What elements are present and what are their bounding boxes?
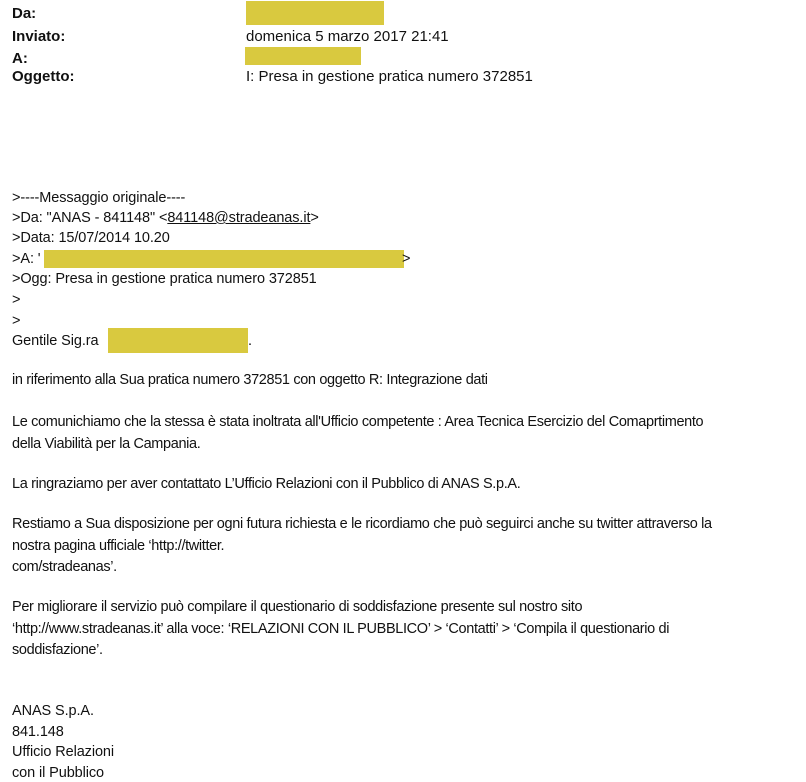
signature-office-cont: con il Pubblico	[12, 765, 104, 781]
paragraph-twitter-line-1: Restiamo a Sua disposizione per ogni fut…	[12, 516, 712, 532]
subject-label: Oggetto:	[12, 68, 74, 85]
quoted-blank-1: >	[12, 292, 20, 308]
paragraph-reference: in riferimento alla Sua pratica numero 3…	[12, 372, 488, 388]
quoted-to-prefix: >A: '	[12, 251, 40, 267]
redacted-recipient-name	[108, 328, 248, 353]
quoted-to-suffix: >	[402, 251, 410, 267]
paragraph-survey-line-2: ‘http://www.stradeanas.it’ alla voce: ‘R…	[12, 621, 669, 637]
signature-number: 841.148	[12, 724, 64, 740]
redacted-quoted-recipient	[44, 250, 404, 268]
quoted-blank-2: >	[12, 313, 20, 329]
signature-company: ANAS S.p.A.	[12, 703, 94, 719]
greeting-end: .	[248, 333, 252, 349]
to-label: A:	[12, 50, 28, 67]
quoted-from-suffix: >	[310, 210, 318, 226]
paragraph-forward-line-1: Le comunichiamo che la stessa è stata in…	[12, 414, 703, 430]
paragraph-thanks: La ringraziamo per aver contattato L’Uff…	[12, 476, 520, 492]
sender-email-link[interactable]: 841148@stradeanas.it	[167, 210, 310, 226]
quoted-separator: >----Messaggio originale----	[12, 190, 185, 206]
paragraph-twitter-line-2: nostra pagina ufficiale ‘http://twitter.	[12, 538, 224, 554]
quoted-to: >A: '	[12, 251, 40, 267]
signature-office: Ufficio Relazioni	[12, 744, 114, 760]
quoted-from-prefix: >Da: "ANAS - 841148" <	[12, 210, 167, 226]
paragraph-survey-line-3: soddisfazione’.	[12, 642, 103, 658]
sent-label: Inviato:	[12, 28, 65, 45]
from-label: Da:	[12, 5, 36, 22]
redacted-sender	[246, 1, 384, 25]
paragraph-forward-line-2: della Viabilità per la Campania.	[12, 436, 200, 452]
paragraph-twitter-line-3: com/stradeanas’.	[12, 559, 117, 575]
greeting: Gentile Sig.ra	[12, 333, 98, 349]
redacted-recipient	[245, 47, 361, 65]
sent-date: domenica 5 marzo 2017 21:41	[246, 28, 449, 45]
paragraph-survey-line-1: Per migliorare il servizio può compilare…	[12, 599, 582, 615]
quoted-from: >Da: "ANAS - 841148" <841148@stradeanas.…	[12, 210, 319, 226]
quoted-subject: >Ogg: Presa in gestione pratica numero 3…	[12, 271, 317, 287]
subject-value: I: Presa in gestione pratica numero 3728…	[246, 68, 533, 85]
quoted-date: >Data: 15/07/2014 10.20	[12, 230, 170, 246]
